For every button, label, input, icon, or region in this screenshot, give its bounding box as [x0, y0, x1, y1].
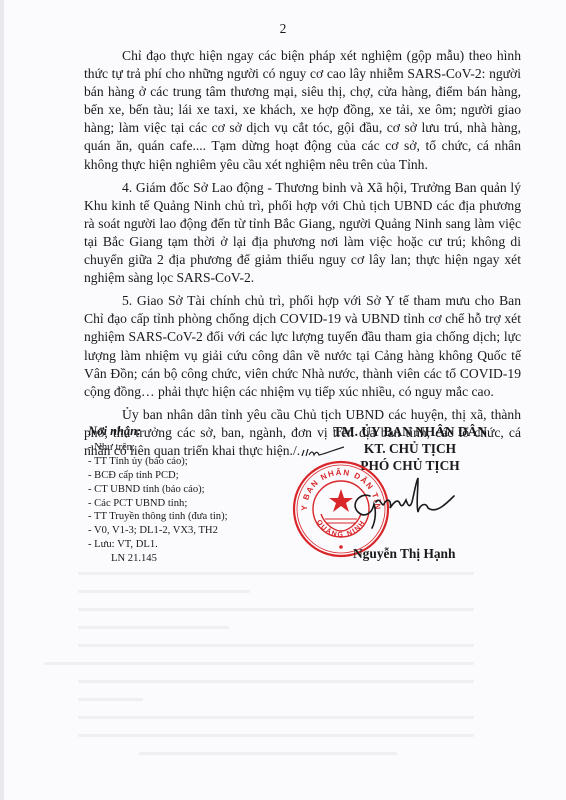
reverse-side-bleed-through — [44, 572, 474, 770]
recipient-item: - Lưu: VT, DL1. — [88, 538, 228, 552]
sign-line-1: TM. ỦY BAN NHÂN DÂN — [300, 423, 520, 440]
recipient-item: - TT Truyền thông tỉnh (đưa tin); — [88, 510, 228, 524]
document-page: 2 Chỉ đạo thực hiện ngay các biện pháp x… — [0, 0, 566, 800]
recipient-item: - CT UBND tỉnh (báo cáo); — [88, 483, 228, 497]
recipient-item: - TT Tỉnh ủy (báo cáo); — [88, 455, 228, 469]
paragraph-item-4: 4. Giám đốc Sở Lao động - Thương binh và… — [84, 179, 521, 288]
recipient-item: - BCĐ cấp tỉnh PCD; — [88, 469, 228, 483]
page-number: 2 — [0, 21, 566, 37]
recipient-item: - Các PCT UBND tỉnh; — [88, 497, 228, 511]
paragraph-item-5: 5. Giao Sở Tài chính chủ trì, phối hợp v… — [84, 292, 521, 401]
handwritten-signature-icon — [346, 474, 456, 534]
recipient-item: - Như trên; — [88, 441, 228, 455]
paragraph-testing: Chỉ đạo thực hiện ngay các biện pháp xét… — [84, 47, 521, 174]
signer-name: Nguyễn Thị Hạnh — [353, 546, 455, 562]
recipient-item: - V0, V1-3; DL1-2, VX3, TH2 — [88, 524, 228, 538]
page-edge — [0, 0, 4, 800]
recipients-title: Nơi nhận: — [88, 425, 228, 439]
recipients-block: Nơi nhận: - Như trên; - TT Tỉnh ủy (báo … — [88, 425, 228, 566]
sign-line-2: KT. CHỦ TỊCH — [300, 440, 520, 457]
reference-code: LN 21.145 — [88, 552, 228, 566]
document-body: Chỉ đạo thực hiện ngay các biện pháp xét… — [84, 47, 521, 465]
